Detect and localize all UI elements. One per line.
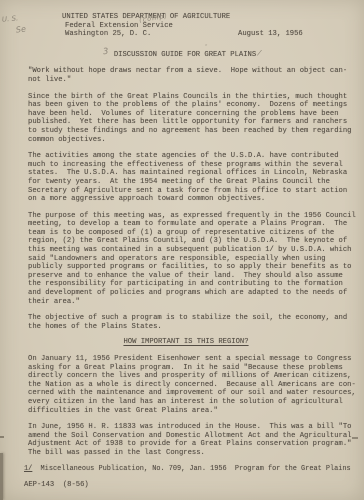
paragraph-meeting-purpose: The purpose of this meeting was, as expr… — [28, 212, 364, 307]
agency-name: UNITED STATES DEPARTMENT OF AGRICULTURE — [62, 13, 364, 22]
epigraph-quote: "Work without hope draws nectar from a s… — [28, 67, 364, 84]
paragraph-eisenhower-message: On January 11, 1956 President Eisenhower… — [28, 355, 364, 415]
agency-address: Washington 25, D. C. — [65, 30, 364, 39]
paragraph-councils-history: Since the birth of the Great Plains Coun… — [28, 93, 364, 145]
document-page: U. S. Se (comp) UNITED STATES DEPARTMENT… — [0, 0, 364, 500]
scan-edge-dash — [352, 437, 358, 439]
letterhead: UNITED STATES DEPARTMENT OF AGRICULTURE … — [28, 13, 364, 39]
paragraph-usda-activities: The activities among the state agencies … — [28, 152, 364, 204]
handwritten-tick-mark: ″ — [205, 44, 207, 53]
scan-edge-dot — [0, 436, 4, 438]
footnote: 1/ Miscellaneous Publication, No. 709, J… — [24, 465, 364, 474]
document-number: AEP-143 (8-56) — [24, 481, 364, 490]
handwritten-margin-script: Se — [15, 25, 26, 35]
scan-edge-streak — [0, 453, 3, 500]
handwritten-page-number: 3 — [103, 48, 109, 57]
handwritten-margin-initials: U. S. — [2, 14, 19, 24]
document-title: DISCUSSION GUIDE FOR GREAT PLAINS — [28, 51, 342, 60]
section-heading: HOW IMPORTANT IS THIS REGION? — [28, 338, 344, 347]
paragraph-program-objective: The objective of such a program is to st… — [28, 314, 364, 331]
agency-division: Federal Extension Service — [65, 22, 364, 31]
document-date: August 13, 1956 — [238, 30, 303, 39]
paragraph-house-bill: In June, 1956 H. R. 11833 was introduced… — [28, 423, 364, 457]
footnote-text: Miscellaneous Publication, No. 709, Jan.… — [32, 465, 350, 473]
